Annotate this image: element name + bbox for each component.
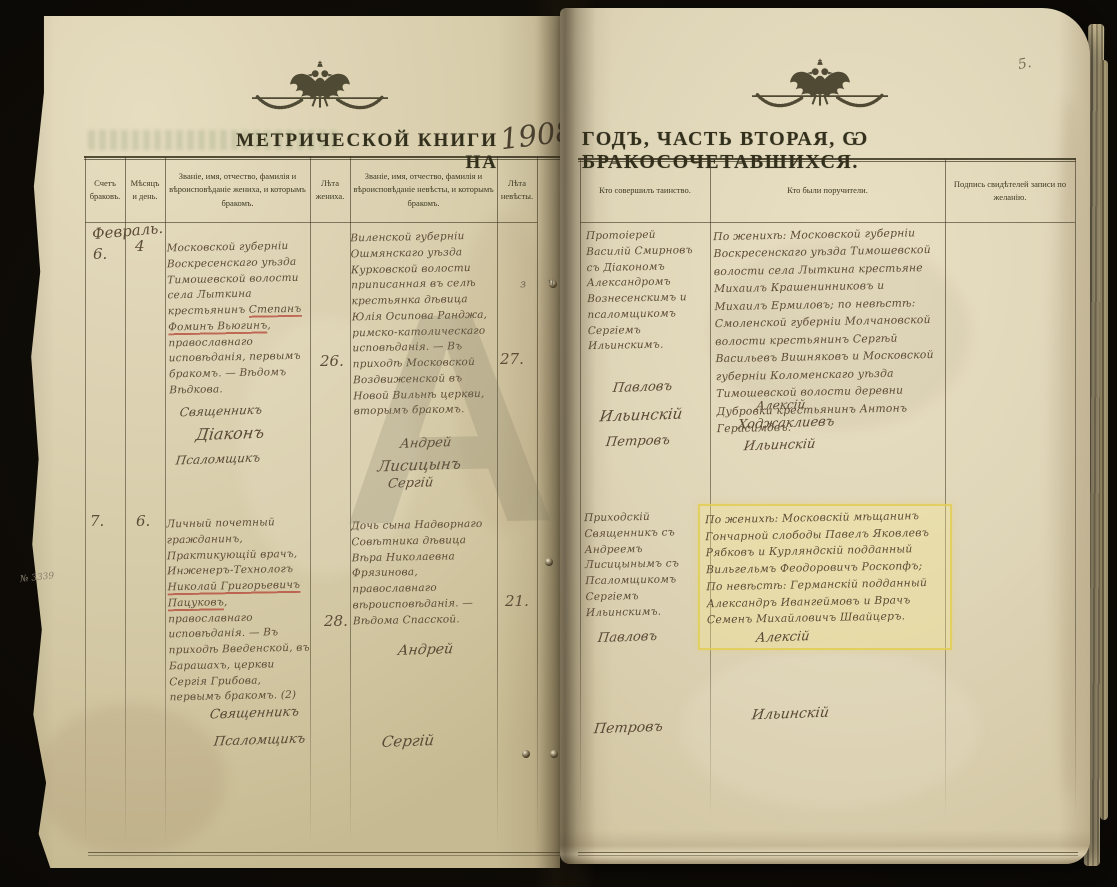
imperial-eagle-icon	[252, 50, 388, 130]
left-page: МЕТРИЧЕСКОЙ КНИГИ НА 1908 Счетъ браковъ.…	[28, 16, 560, 868]
officiant-signature: Ильинскій	[599, 405, 684, 426]
paper-stain	[680, 648, 980, 808]
bride-description: Виленской губерніи Ошмянскаго уѣзда Курк…	[350, 229, 494, 421]
column-line	[580, 158, 581, 818]
entry-day: 4	[135, 237, 145, 255]
column-line	[497, 156, 498, 846]
column-line	[1075, 158, 1076, 818]
clergy-signature: Андрей	[397, 641, 454, 659]
clergy-signature: Священникъ	[179, 403, 263, 420]
table-bottom-rule	[578, 852, 1078, 856]
scanned-book-spread: МЕТРИЧЕСКОЙ КНИГИ НА 1908 Счетъ браковъ.…	[0, 0, 1117, 887]
officiant-signature: Петровъ	[593, 719, 664, 737]
clergy-signature: Андрей	[399, 435, 452, 452]
groom-text-before: Личный почетный гражданинъ, Практикующій…	[166, 516, 297, 577]
column-line	[125, 156, 126, 846]
column-line	[537, 156, 538, 846]
officiant-signature: Павловъ	[597, 629, 658, 646]
clergy-signature: Лисицынъ	[377, 455, 462, 476]
guarantor-signature: Ильинскій	[743, 437, 816, 454]
col-header-groom: Званіе, имя, отчество, фамилія и вѣроисп…	[165, 158, 310, 222]
column-line	[165, 156, 166, 846]
guarantors-text-highlighted: По женихѣ: Московскій мѣщанинъ Гончарной…	[705, 508, 941, 630]
header-bottom-rule	[580, 222, 1075, 223]
groom-text-after: , православнаго исповѣданія. — Въ приход…	[168, 596, 310, 704]
binding-hole	[550, 750, 558, 758]
entry-day: 6.	[136, 512, 150, 530]
column-line	[710, 158, 711, 818]
groom-name-underlined: Николай Григорьевичъ Пацуковъ	[167, 579, 300, 609]
clergy-signature: Сергій	[387, 475, 434, 492]
col-header-guarantors: Кто были поручители.	[710, 160, 945, 222]
col-header-officiant: Кто совершилъ таинство.	[580, 160, 710, 222]
paper-stain	[36, 704, 226, 854]
bride-age: 21.	[505, 592, 529, 610]
col-header-groom-age: Лѣта жениха.	[310, 158, 350, 222]
guarantor-signature: Ильинскій	[751, 705, 830, 724]
entry-number: 7.	[90, 512, 104, 530]
col-header-month-day: Мѣсяцъ и день.	[125, 158, 165, 222]
entry-number: 6.	[93, 245, 107, 263]
column-line	[945, 158, 946, 818]
column-line	[85, 156, 86, 846]
table-bottom-rule	[88, 852, 560, 856]
page-stack-edge	[1100, 60, 1108, 820]
right-page: 5. ГОДЪ, ЧАСТЬ ВТОРАЯ, Ѡ БРАКОСОЧЕТАВШИХ…	[560, 8, 1090, 864]
binding-hole	[522, 750, 530, 758]
officiant-signature: Петровъ	[605, 433, 671, 450]
groom-age: 28.	[324, 612, 348, 630]
bride-description: Дочь сына Надворнаго Совѣтника дѣвица Вѣ…	[351, 517, 493, 630]
col-header-marriage-count: Счетъ браковъ.	[85, 158, 125, 222]
bride-age: 27.	[500, 350, 524, 368]
col-header-bride: Званіе, имя, отчество, фамилія и вѣроисп…	[350, 158, 497, 222]
officiant-text: Приходскій Священникъ съ Андреемъ Лисицы…	[584, 509, 704, 621]
clergy-signature: Сергій	[381, 731, 435, 751]
guarantor-signature: Алексій	[755, 629, 811, 646]
page-curl	[560, 830, 1090, 864]
clergy-signature: Псаломщикъ	[213, 731, 306, 749]
binding-hole	[545, 558, 553, 566]
column-line	[310, 156, 311, 846]
clergy-signature: Діаконъ	[195, 423, 266, 444]
guarantor-signature: Алексій	[755, 397, 806, 413]
officiant-text: Протоіерей Василій Смирновъ съ Діакономъ…	[586, 227, 706, 355]
imperial-eagle-icon	[752, 48, 888, 128]
groom-description: Личный почетный гражданинъ, Практикующій…	[166, 515, 312, 707]
groom-description: Московской губерніи Воскресенскаго уѣзда…	[167, 239, 312, 399]
officiant-signature: Павловъ	[612, 379, 673, 396]
clergy-signature: Священникъ	[209, 704, 300, 722]
folio-number: 5.	[1017, 55, 1033, 73]
groom-age: 26.	[320, 352, 344, 370]
col-header-witness-signature: Подпись свидѣтелей записи по желанію.	[945, 160, 1075, 222]
col-header-bride-age: Лѣта невѣсты.	[497, 158, 537, 222]
guarantors-text: По женихѣ: Московской губерніи Воскресен…	[713, 224, 943, 438]
